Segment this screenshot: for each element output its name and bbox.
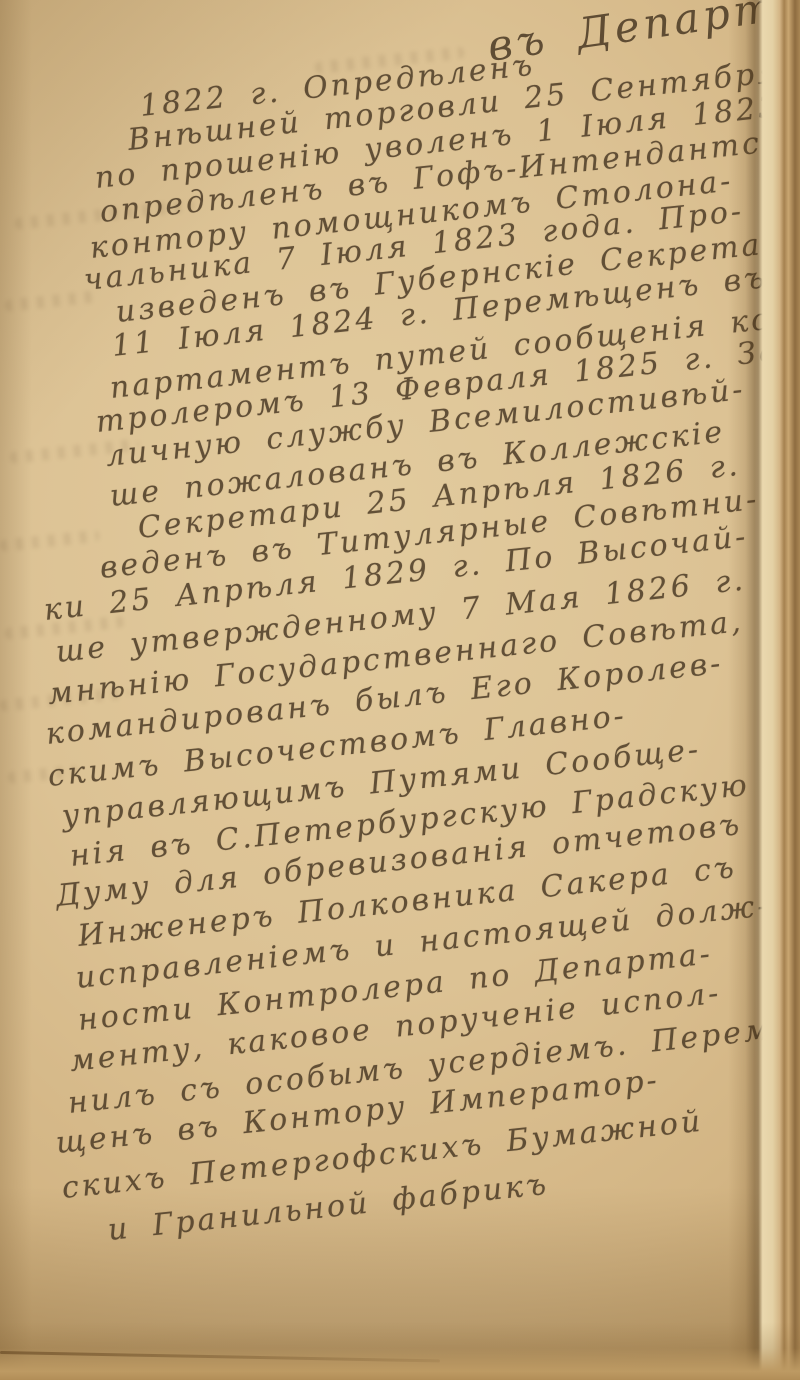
manuscript-lines: 1822 г. ОпредѣленъВнѣшней торговли 25 Се… bbox=[0, 0, 800, 1380]
manuscript-page: 1822 г. ОпредѣленъВнѣшней торговли 25 Се… bbox=[0, 0, 800, 1380]
page-fold-edge bbox=[728, 0, 800, 1380]
page-bottom-edge bbox=[0, 1322, 800, 1380]
